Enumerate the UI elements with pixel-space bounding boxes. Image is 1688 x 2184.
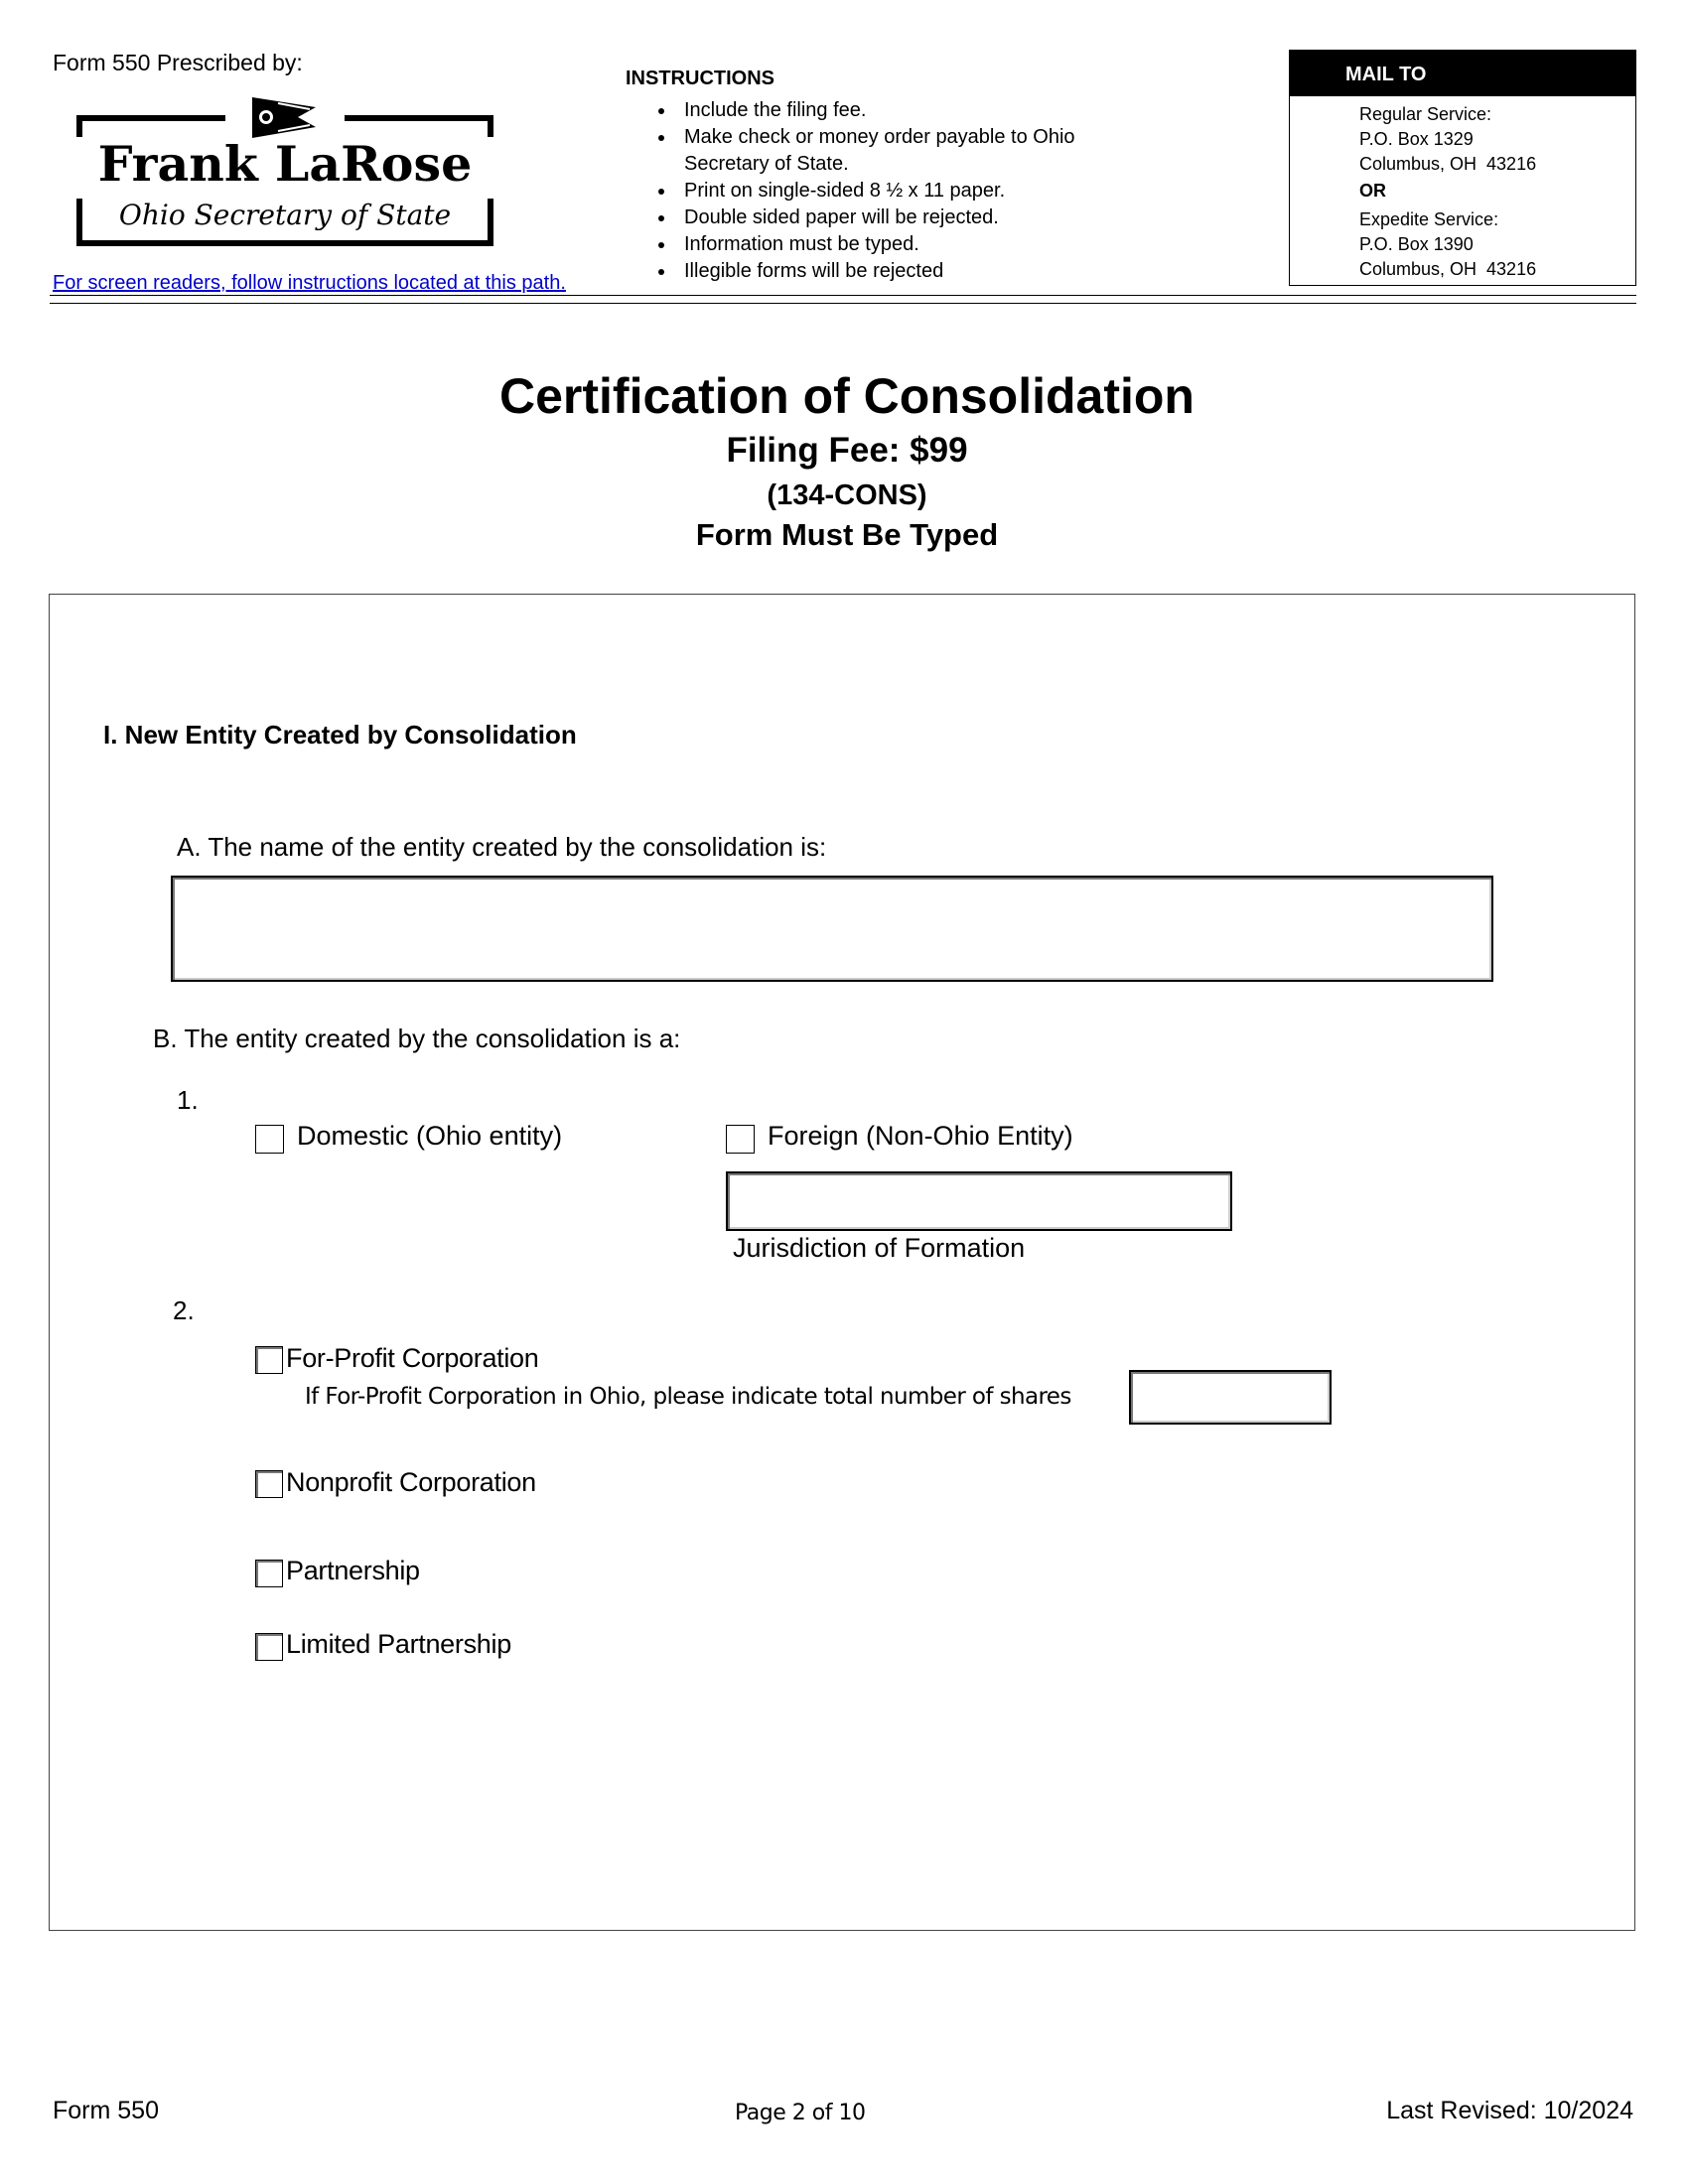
- expedite-service-label: Expedite Service:: [1359, 207, 1635, 232]
- domestic-checkbox[interactable]: [255, 1125, 284, 1154]
- partnership-checkbox[interactable]: [255, 1560, 283, 1587]
- logo-frame: [488, 115, 493, 137]
- logo-frame: [345, 115, 493, 121]
- instruction-item: Illegible forms will be rejected: [676, 258, 1143, 285]
- partnership-label: Partnership: [286, 1556, 420, 1586]
- footer-form-number: Form 550: [53, 2097, 159, 2125]
- item-2-number: 2.: [173, 1296, 195, 1326]
- mail-to-box: MAIL TO Regular Service: P.O. Box 1329 C…: [1289, 50, 1636, 286]
- prescribed-by-label: Form 550 Prescribed by:: [53, 50, 303, 76]
- nonprofit-label: Nonprofit Corporation: [286, 1467, 536, 1498]
- expedite-po-box: P.O. Box 1390: [1359, 232, 1635, 257]
- shares-note: If For-Profit Corporation in Ohio, pleas…: [305, 1384, 1071, 1410]
- ohio-flag-icon: [250, 95, 320, 140]
- logo-frame: [76, 240, 493, 246]
- limited-partnership-label: Limited Partnership: [286, 1629, 511, 1660]
- nonprofit-checkbox[interactable]: [255, 1470, 283, 1498]
- footer-page-number: Page 2 of 10: [735, 2101, 865, 2125]
- instruction-item: Double sided paper will be rejected.: [676, 205, 1143, 231]
- instruction-item: Print on single-sided 8 ½ x 11 paper.: [676, 178, 1143, 205]
- expedite-city: Columbus, OH 43216: [1359, 257, 1635, 282]
- instructions-heading: INSTRUCTIONS: [626, 68, 774, 90]
- regular-po-box: P.O. Box 1329: [1359, 127, 1635, 152]
- domestic-label: Domestic (Ohio entity): [297, 1121, 562, 1152]
- entity-name-label: A. The name of the entity created by the…: [177, 832, 826, 863]
- logo-subtitle: Ohio Secretary of State: [76, 199, 493, 231]
- filing-fee: Filing Fee: $99: [0, 431, 1688, 471]
- for-profit-checkbox[interactable]: [255, 1346, 283, 1374]
- logo-frame: [76, 115, 82, 137]
- section-heading: I. New Entity Created by Consolidation: [103, 720, 577, 751]
- regular-city: Columbus, OH 43216: [1359, 152, 1635, 177]
- item-1-number: 1.: [177, 1085, 199, 1116]
- entity-name-input[interactable]: [171, 876, 1493, 982]
- or-label: OR: [1359, 179, 1635, 204]
- instruction-item: Make check or money order payable to Ohi…: [676, 124, 1143, 178]
- foreign-checkbox[interactable]: [726, 1125, 755, 1154]
- entity-type-label: B. The entity created by the consolidati…: [153, 1024, 680, 1054]
- instruction-item: Include the filing fee.: [676, 97, 1143, 124]
- instructions-list: Include the filing fee. Make check or mo…: [650, 97, 1143, 285]
- header-divider: [50, 303, 1636, 304]
- for-profit-label: For-Profit Corporation: [286, 1343, 539, 1374]
- form-title: Certification of Consolidation: [0, 367, 1688, 425]
- shares-input[interactable]: [1129, 1370, 1332, 1425]
- regular-service-label: Regular Service:: [1359, 102, 1635, 127]
- instruction-item: Information must be typed.: [676, 231, 1143, 258]
- form-code: (134-CONS): [0, 479, 1688, 512]
- logo-name: Frank LaRose: [76, 135, 493, 193]
- header-divider: [50, 295, 1636, 296]
- jurisdiction-label: Jurisdiction of Formation: [733, 1233, 1025, 1264]
- foreign-label: Foreign (Non-Ohio Entity): [768, 1121, 1073, 1152]
- typed-notice: Form Must Be Typed: [0, 517, 1688, 553]
- footer-last-revised: Last Revised: 10/2024: [1386, 2097, 1633, 2125]
- screen-reader-instructions-link[interactable]: For screen readers, follow instructions …: [53, 272, 566, 295]
- secretary-of-state-logo: Frank LaRose Ohio Secretary of State: [76, 95, 493, 249]
- jurisdiction-input[interactable]: [726, 1171, 1232, 1231]
- limited-partnership-checkbox[interactable]: [255, 1633, 283, 1661]
- mail-to-heading: MAIL TO: [1290, 51, 1635, 96]
- logo-frame: [76, 115, 225, 121]
